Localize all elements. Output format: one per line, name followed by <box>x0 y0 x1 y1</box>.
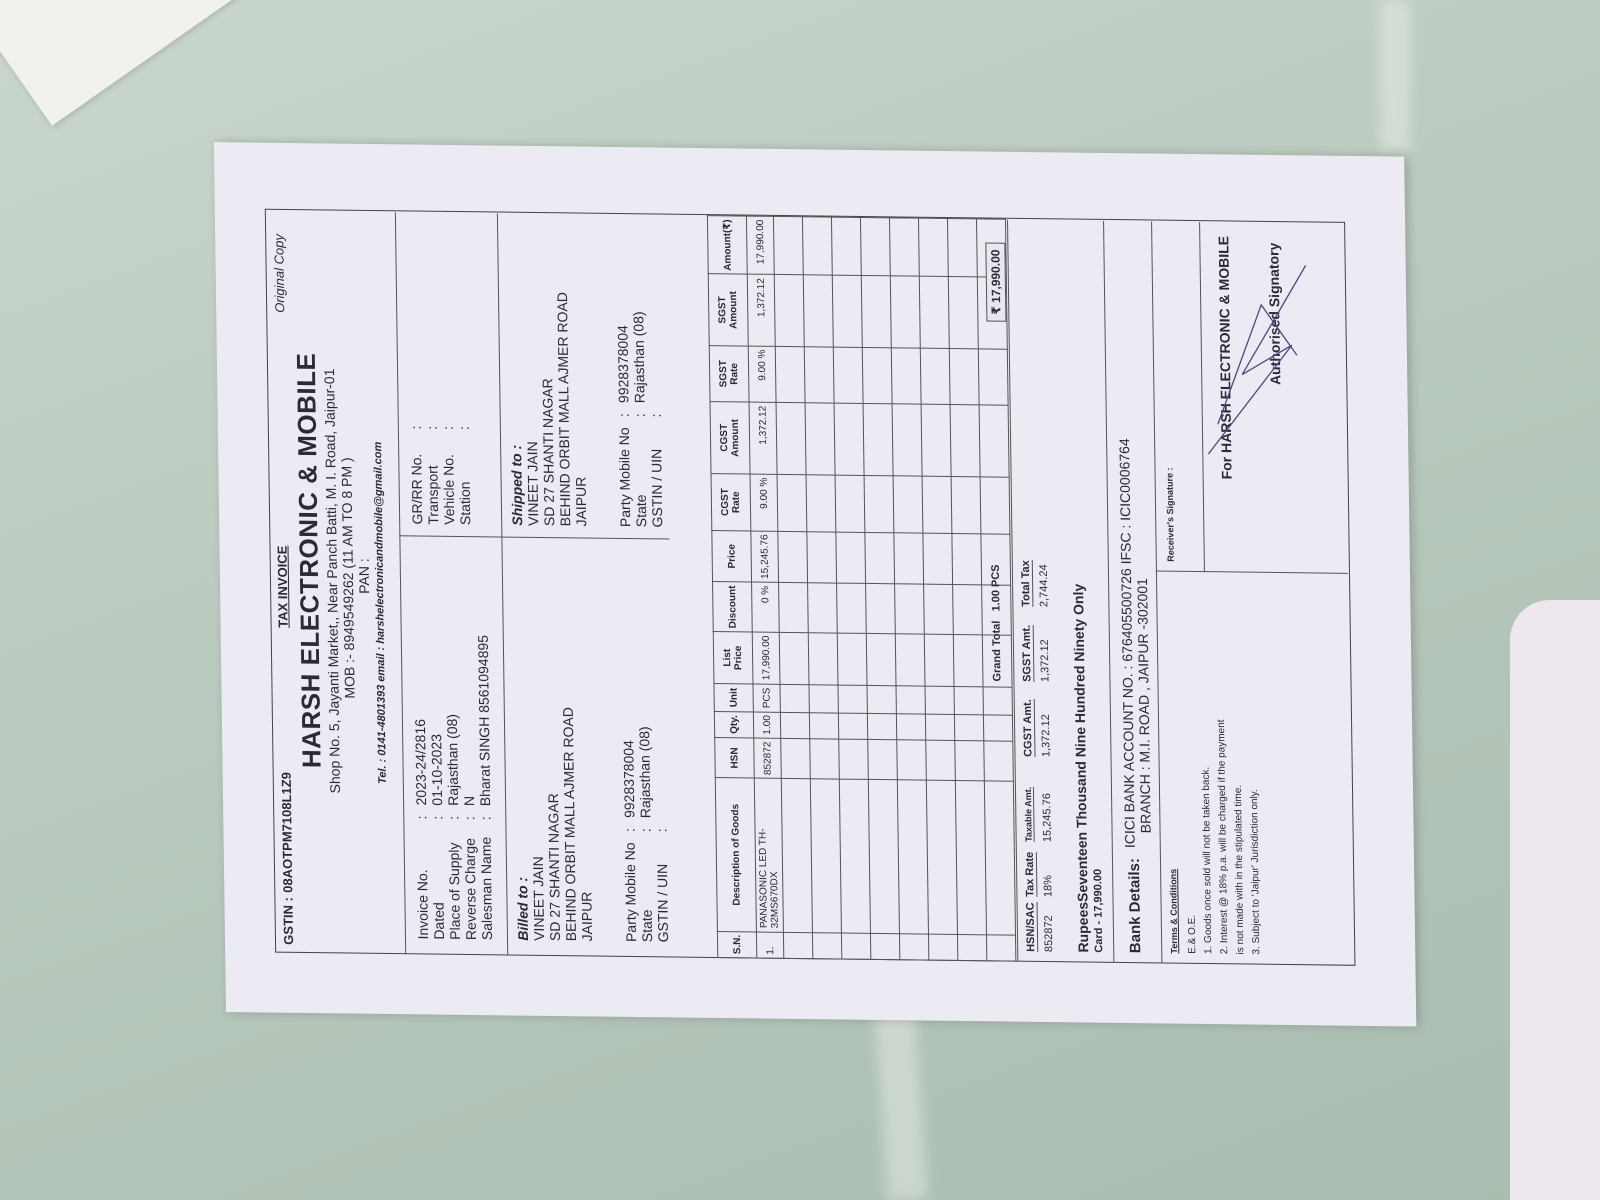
table-cell <box>804 347 834 404</box>
table-cell <box>928 934 957 961</box>
table-cell <box>861 276 891 348</box>
table-cell: PANASONIC LED TH-32MS670DX <box>754 778 783 932</box>
detail-label: Vehicle No. <box>440 430 457 525</box>
detail-row: State:Rajasthan (08) <box>636 726 655 942</box>
terms-item: E.& O.E. <box>1187 915 1199 954</box>
table-cell <box>953 585 983 635</box>
table-cell <box>889 218 919 277</box>
column-header: CGST Rate <box>711 474 751 531</box>
table-cell <box>838 713 867 740</box>
table-cell: 9.00 % <box>750 474 778 531</box>
table-cell <box>984 741 1014 782</box>
table-cell <box>870 933 899 960</box>
light-glare <box>1380 0 1410 150</box>
gstin-value: 08AOTPM7108L1Z9 <box>279 772 296 893</box>
table-cell <box>891 348 921 405</box>
detail-value: 9928378004 <box>614 325 631 403</box>
table-cell <box>925 686 954 714</box>
detail-colon: : <box>632 403 648 417</box>
tax-summary-header: CGST Amt. <box>1022 699 1036 757</box>
table-cell <box>893 476 923 533</box>
column-header: Price <box>712 530 752 582</box>
table-cell <box>808 583 838 633</box>
table-cell <box>949 348 979 405</box>
table-cell <box>979 405 1009 477</box>
table-cell <box>774 275 804 347</box>
table-cell <box>809 685 838 713</box>
column-header: Qty. <box>714 711 753 738</box>
column-header: Amount(₹) <box>707 216 747 275</box>
detail-row: Place of Supply:Rajasthan (08) <box>444 714 463 940</box>
detail-colon: : <box>456 416 472 430</box>
table-cell <box>810 739 840 780</box>
detail-label: State <box>638 832 656 942</box>
detail-value: Rajasthan (08) <box>444 714 461 806</box>
table-cell <box>773 216 803 275</box>
column-header: HSN <box>715 738 755 779</box>
table-cell <box>805 403 835 475</box>
table-cell <box>953 634 983 686</box>
detail-label: Party Mobile No <box>622 832 640 942</box>
table-cell <box>920 348 950 405</box>
detail-row: Transport: <box>424 416 442 525</box>
tax-summary-value: 15,245.76 <box>1041 793 1054 842</box>
detail-value: Bharat SINGH 8561094895 <box>475 635 493 806</box>
terms-heading: Terms & Conditions <box>1168 869 1179 954</box>
table-cell: 17,990.00 <box>746 216 774 275</box>
table-cell <box>841 933 870 960</box>
grand-total-label: Grand Total <box>991 621 1004 682</box>
detail-colon: : <box>621 818 637 832</box>
table-cell <box>894 532 924 584</box>
table-cell <box>834 403 864 475</box>
detail-row: State:Rajasthan (08) <box>630 311 649 527</box>
table-cell <box>918 218 948 277</box>
copy-label: Original Copy <box>271 234 287 313</box>
table-cell <box>777 474 807 531</box>
table-cell <box>897 780 928 934</box>
table-cell <box>899 933 928 960</box>
detail-value: Rajasthan (08) <box>630 311 647 403</box>
tax-summary-header: Tax Rate <box>1024 852 1038 897</box>
table-cell <box>833 347 863 404</box>
table-cell: 1.00 <box>753 712 780 739</box>
tax-summary-header: Total Tax <box>1020 560 1034 607</box>
column-header: SGST Amount <box>708 274 748 346</box>
column-header: Discount <box>713 582 753 632</box>
detail-label: Salesman Name <box>477 820 495 940</box>
table-cell <box>922 476 952 533</box>
table-cell <box>986 934 1015 961</box>
detail-colon: : <box>461 806 477 820</box>
company-mobile: MOB :- 8949549262 (11 AM TO 8 PM ) <box>338 457 357 698</box>
tax-summary-header: Taxable Amt. <box>1023 787 1035 842</box>
party-heading: Billed to : <box>514 877 531 941</box>
table-cell <box>984 781 1015 935</box>
detail-value: Rajasthan (08) <box>636 726 653 818</box>
table-cell: 1. <box>756 932 783 959</box>
table-cell <box>983 714 1012 741</box>
tax-summary-value: 852872 <box>1043 915 1056 952</box>
detail-colon: : <box>637 818 653 832</box>
party-name: VINEET JAIN <box>530 856 547 941</box>
gstin-label: GSTIN : <box>280 897 296 945</box>
detail-label: State <box>632 417 650 527</box>
table-cell <box>947 219 977 278</box>
table-cell <box>779 632 809 684</box>
table-cell <box>802 217 832 276</box>
table-cell <box>809 712 838 739</box>
table-cell <box>895 634 925 686</box>
detail-colon: : <box>429 806 445 820</box>
table-cell <box>924 584 954 634</box>
receiver-signature-label: Receiver's Signature : <box>1164 467 1175 561</box>
table-cell <box>806 475 836 532</box>
detail-colon: : <box>413 805 429 819</box>
table-cell <box>863 403 893 475</box>
table-cell <box>955 781 986 935</box>
column-header: S.N. <box>717 931 756 958</box>
detail-colon: : <box>440 416 456 430</box>
detail-colon: : <box>445 806 461 820</box>
table-cell <box>862 347 892 404</box>
table-cell: 1,372.12 <box>749 402 777 474</box>
table-cell <box>860 217 890 276</box>
column-header: List Price <box>713 632 753 684</box>
tax-summary-value: 18% <box>1042 875 1054 897</box>
table-cell <box>864 475 894 532</box>
party-address-line: JAIPUR <box>578 892 595 942</box>
table-cell <box>775 346 805 403</box>
table-cell <box>807 531 837 583</box>
table-cell: 17,990.00 <box>752 632 780 684</box>
detail-row: GR/RR No.: <box>408 415 426 524</box>
detail-row: Station: <box>456 416 474 525</box>
detail-colon: : <box>616 403 632 417</box>
table-cell <box>839 779 870 933</box>
column-header: CGST Amount <box>710 402 750 474</box>
table-cell <box>951 477 981 534</box>
table-cell <box>780 712 809 739</box>
table-cell <box>890 276 920 348</box>
table-cell <box>835 475 865 532</box>
table-cell <box>803 275 833 347</box>
party-heading: Shipped to : <box>508 445 525 526</box>
grand-total-amount: ₹ 17,990.00 <box>985 242 1006 321</box>
bank-details-label: Bank Details: <box>1126 858 1144 953</box>
table-cell: PCS <box>753 684 780 712</box>
detail-label: GSTIN / UIN <box>654 832 672 942</box>
table-cell <box>955 740 985 781</box>
table-cell <box>926 740 956 781</box>
detail-label: GR/RR No. <box>408 429 425 524</box>
table-cell <box>837 583 867 633</box>
column-header: Unit <box>714 684 753 712</box>
background-receipt: ICICI BANK 1NR16191.00 1NR16191.00 Int R… <box>0 0 445 126</box>
detail-value: 2023-24/2816 <box>412 719 429 806</box>
party-address-line: BEHIND ORBIT MALL AJMER ROAD <box>554 292 573 526</box>
table-cell <box>868 739 898 780</box>
table-cell <box>921 404 951 476</box>
detail-colon: : <box>408 415 424 429</box>
detail-label: Transport <box>424 430 441 525</box>
table-cell <box>954 714 983 741</box>
table-cell <box>776 402 806 474</box>
detail-label: Station <box>456 430 473 525</box>
table-cell <box>923 533 953 585</box>
detail-value: N <box>461 796 477 806</box>
detail-label: Party Mobile No <box>616 417 634 527</box>
table-cell <box>780 684 809 712</box>
detail-row: GSTIN / UIN: <box>648 403 666 527</box>
tax-summary-header: HSN/SAC <box>1025 902 1039 952</box>
table-cell <box>897 740 927 781</box>
company-pan: PAN : <box>356 558 373 594</box>
table-cell <box>867 685 896 713</box>
detail-label: GSTIN / UIN <box>648 417 666 527</box>
table-cell <box>954 686 983 714</box>
column-header: Description of Goods <box>715 778 756 932</box>
tax-summary-value: 1,372.12 <box>1039 639 1052 682</box>
terms-item: is not made with in the stipulated time. <box>1233 785 1246 955</box>
payment-mode: Card - 17,990.00 <box>1092 869 1105 953</box>
table-cell <box>836 532 866 584</box>
table-cell <box>781 779 812 933</box>
table-cell <box>778 531 808 583</box>
table-cell <box>838 685 867 713</box>
tax-summary-header: SGST Amt. <box>1021 625 1035 682</box>
table-cell <box>892 404 922 476</box>
table-cell <box>896 713 925 740</box>
table-cell <box>926 780 957 934</box>
table-cell <box>925 714 954 741</box>
tax-summary-value: 1,372.12 <box>1040 714 1053 757</box>
table-cell <box>783 932 812 959</box>
table-cell <box>781 738 811 779</box>
table-cell <box>868 780 899 934</box>
detail-value: 9928378004 <box>620 740 637 818</box>
table-cell <box>983 687 1012 715</box>
table-cell <box>948 277 978 349</box>
detail-row: GSTIN / UIN: <box>653 818 671 942</box>
table-cell <box>867 713 896 740</box>
table-cell: 0 % <box>752 582 780 632</box>
detail-row: Vehicle No.: <box>440 416 458 525</box>
table-cell <box>919 277 949 349</box>
party-name: VINEET JAIN <box>524 441 541 526</box>
detail-label: Place of Supply <box>445 820 463 940</box>
table-cell <box>924 634 954 686</box>
detail-colon: : <box>653 818 669 832</box>
doc-type-title: TAX INVOICE <box>274 546 290 628</box>
terms-item: 3. Subject to 'Jaipur' Jurisdiction only… <box>1249 789 1262 955</box>
table-cell <box>950 405 980 477</box>
column-header: SGST Rate <box>709 345 749 402</box>
table-cell <box>810 779 841 933</box>
table-cell <box>980 477 1010 534</box>
party-address-line: BEHIND ORBIT MALL AJMER ROAD <box>560 707 579 941</box>
tax-invoice-document: GSTIN : 08AOTPM7108L1Z9 TAX INVOICE Orig… <box>214 142 1416 1026</box>
table-cell <box>978 349 1008 406</box>
table-cell: 852872 <box>754 738 782 779</box>
person-sleeve <box>1510 600 1600 1200</box>
detail-colon: : <box>477 806 493 820</box>
detail-colon: : <box>648 403 664 417</box>
detail-value: 01-10-2023 <box>428 734 445 806</box>
tax-summary-value: 2,744.24 <box>1038 564 1051 607</box>
table-cell: 15,245.76 <box>751 531 779 583</box>
table-cell <box>957 934 986 961</box>
detail-label: Invoice No. <box>413 819 431 939</box>
table-cell <box>895 584 925 634</box>
table-cell <box>779 583 809 633</box>
table-cell <box>839 739 869 780</box>
table-cell <box>866 584 896 634</box>
table-cell <box>808 633 838 685</box>
signature-scribble <box>1200 244 1313 465</box>
detail-label: Dated <box>429 820 447 940</box>
detail-colon: : <box>424 416 440 430</box>
detail-label: Reverse Charge <box>461 820 479 940</box>
items-table: S.N.Description of GoodsHSNQty.UnitList … <box>707 215 1016 962</box>
party-address-line: JAIPUR <box>573 477 590 527</box>
table-cell <box>837 633 867 685</box>
table-cell <box>865 532 895 584</box>
table-cell <box>832 276 862 348</box>
table-cell <box>866 633 896 685</box>
table-cell <box>831 217 861 276</box>
table-cell <box>812 932 841 959</box>
grand-total-qty: 1.00 PCS <box>990 564 1003 611</box>
table-cell: 9.00 % <box>748 346 776 402</box>
table-cell: 1,372.12 <box>747 275 775 347</box>
table-cell <box>896 686 925 714</box>
table-cell <box>952 533 982 585</box>
